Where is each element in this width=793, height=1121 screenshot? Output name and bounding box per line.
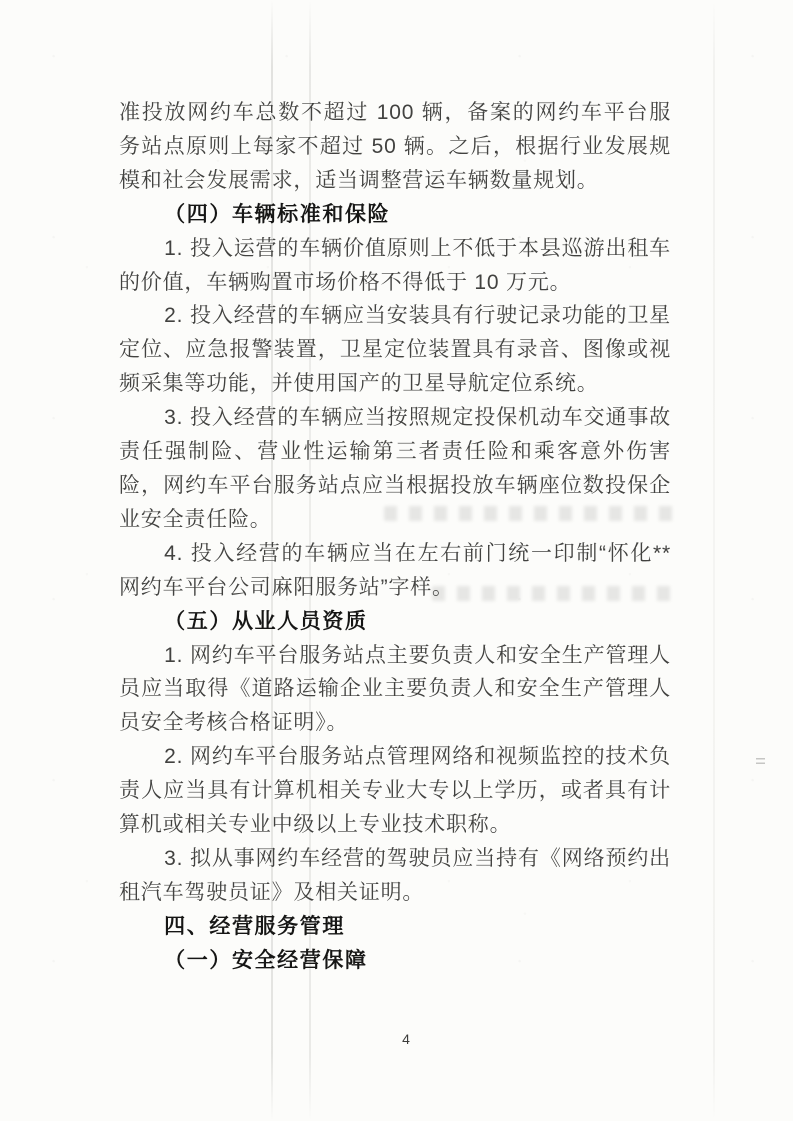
scan-smudge-artifact [756,758,765,766]
paragraph: 3. 投入经营的车辆应当按照规定投保机动车交通事故责任强制险、营业性运输第三者责… [119,401,671,537]
paragraph: 1. 投入运营的车辆价值原则上不低于本县巡游出租车的价值，车辆购置市场价格不得低… [119,232,671,300]
paragraph: 1. 网约车平台服务站点主要负责人和安全生产管理人员应当取得《道路运输企业主要负… [119,639,671,741]
paragraph: 2. 投入经营的车辆应当安装具有行驶记录功能的卫星定位、应急报警装置，卫星定位装… [119,299,671,401]
paragraph: 2. 网约车平台服务站点管理网络和视频监控的技术负责人应当具有计算机相关专业大专… [119,740,671,842]
paragraph: 4. 投入经营的车辆应当在左右前门统一印制“怀化**网约车平台公司麻阳服务站”字… [119,537,671,605]
page-number: 4 [0,1031,793,1047]
section-heading: （五）从业人员资质 [119,605,671,639]
paragraph: 准投放网约车总数不超过 100 辆，备案的网约车平台服务站点原则上每家不超过 5… [119,96,671,198]
chapter-heading: 四、经营服务管理 [119,910,671,944]
paragraph: 3. 拟从事网约车经营的驾驶员应当持有《网络预约出租汽车驾驶员证》及相关证明。 [119,842,671,910]
document-body: 准投放网约车总数不超过 100 辆，备案的网约车平台服务站点原则上每家不超过 5… [119,96,671,978]
scanned-document-page: 准投放网约车总数不超过 100 辆，备案的网约车平台服务站点原则上每家不超过 5… [0,0,793,1121]
scan-fold-line [713,0,715,1121]
section-heading: （四）车辆标准和保险 [119,198,671,232]
section-heading: （一）安全经营保障 [119,944,671,978]
